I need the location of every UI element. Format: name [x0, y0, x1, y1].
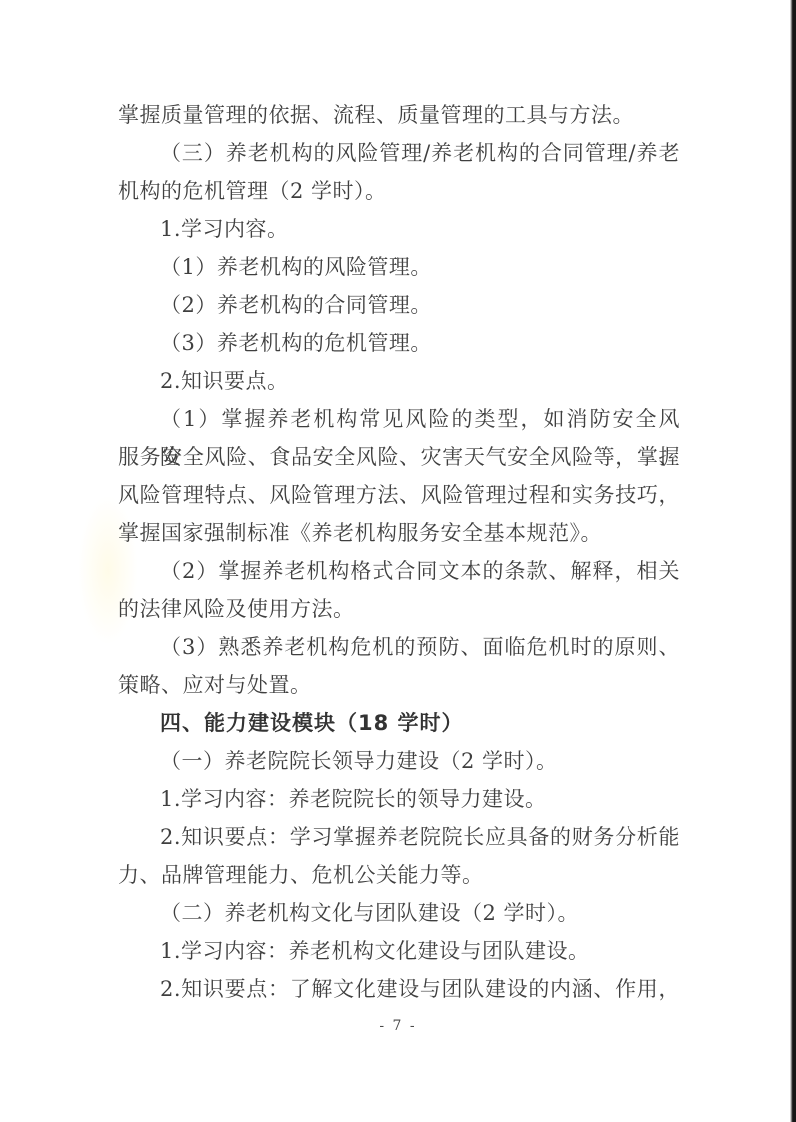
document-line: 服务安全风险、食品安全风险、灾害天气安全风险等，掌握 [118, 438, 680, 476]
document-line: 1.学习内容：养老机构文化建设与团队建设。 [118, 932, 680, 970]
document-line: （3）熟悉养老机构危机的预防、面临危机时的原则、 [118, 628, 680, 666]
document-line: 1.学习内容。 [118, 210, 680, 248]
document-line: （三）养老机构的风险管理/养老机构的合同管理/养老 [118, 134, 680, 172]
document-line: （一）养老院院长领导力建设（2 学时）。 [118, 742, 680, 780]
page-number: - 7 - [0, 1018, 796, 1034]
document-line: 四、能力建设模块（18 学时） [118, 704, 680, 742]
document-line: 2.知识要点。 [118, 362, 680, 400]
document-line: 2.知识要点：了解文化建设与团队建设的内涵、作用， [118, 970, 680, 1008]
document-line: （2）养老机构的合同管理。 [118, 286, 680, 324]
document-line: 策略、应对与处置。 [118, 666, 680, 704]
document-line: （3）养老机构的危机管理。 [118, 324, 680, 362]
document-line: （二）养老机构文化与团队建设（2 学时）。 [118, 894, 680, 932]
document-line: 力、品牌管理能力、危机公关能力等。 [118, 856, 680, 894]
document-line: 风险管理特点、风险管理方法、风险管理过程和实务技巧， [118, 476, 680, 514]
document-line: 2.知识要点：学习掌握养老院院长应具备的财务分析能 [118, 818, 680, 856]
document-line: （1）养老机构的风险管理。 [118, 248, 680, 286]
document-line: 掌握国家强制标准《养老机构服务安全基本规范》。 [118, 514, 680, 552]
document-page: 掌握质量管理的依据、流程、质量管理的工具与方法。（三）养老机构的风险管理/养老机… [0, 0, 796, 1122]
scan-edge-artifact [790, 0, 796, 1122]
document-line: 机构的危机管理（2 学时）。 [118, 172, 680, 210]
document-body: 掌握质量管理的依据、流程、质量管理的工具与方法。（三）养老机构的风险管理/养老机… [118, 96, 680, 1008]
document-line: 掌握质量管理的依据、流程、质量管理的工具与方法。 [118, 96, 680, 134]
document-line: 的法律风险及使用方法。 [118, 590, 680, 628]
document-line: （2）掌握养老机构格式合同文本的条款、解释，相关 [118, 552, 680, 590]
document-line: 1.学习内容：养老院院长的领导力建设。 [118, 780, 680, 818]
document-line: （1）掌握养老机构常见风险的类型，如消防安全风险、 [118, 400, 680, 438]
